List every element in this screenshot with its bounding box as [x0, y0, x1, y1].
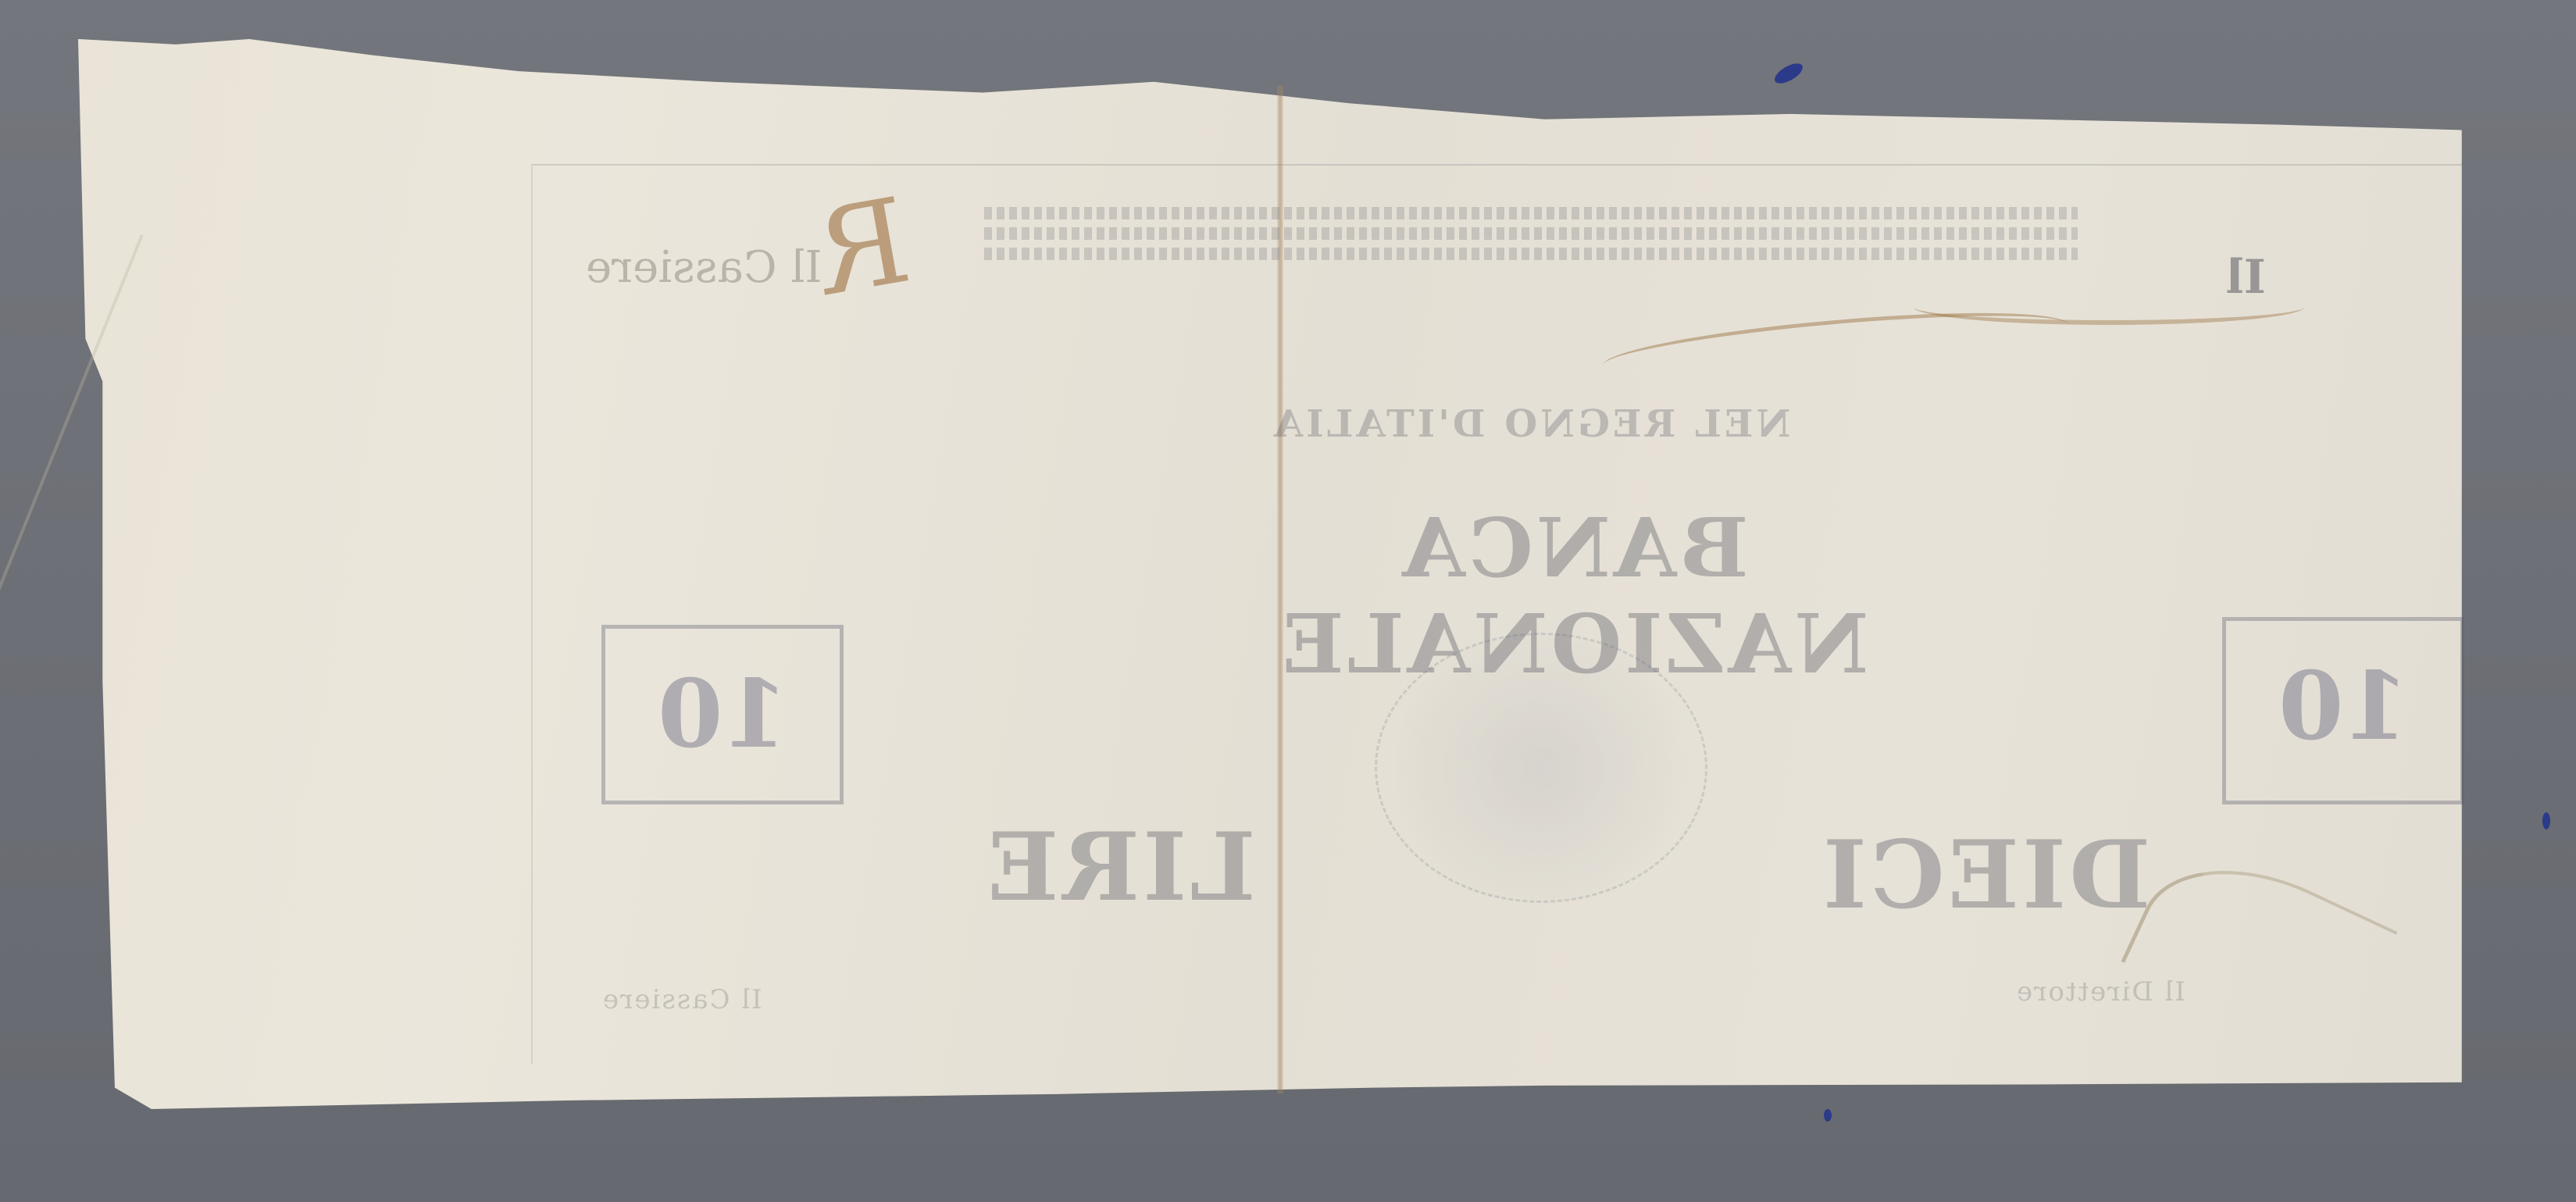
footer-left-text: Il Cassiere	[601, 984, 762, 1015]
denomination-box-left: 10	[601, 625, 844, 804]
denomination-word-lire: LIRE	[984, 812, 1256, 922]
denomination-word-dieci: DIECI	[1820, 820, 2150, 930]
blue-ink-speck	[1824, 1109, 1832, 1122]
denomination-box-right: 10	[2222, 617, 2464, 804]
central-seal	[1375, 633, 1707, 903]
blue-ink-speck	[2542, 812, 2550, 829]
fine-print-lines	[984, 199, 2078, 268]
footer-right-text: Il Direttore	[2015, 976, 2185, 1008]
stamp-left: Il Cassiere	[586, 242, 822, 293]
banknote-subtitle: NEL REGNO D'ITALIA	[1234, 402, 1828, 446]
corner-text-right: Il	[2226, 250, 2266, 305]
